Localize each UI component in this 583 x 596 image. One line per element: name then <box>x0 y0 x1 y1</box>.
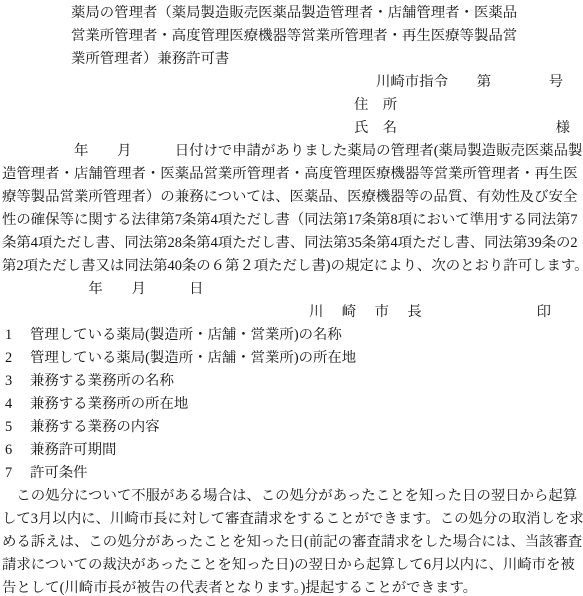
item-number: 1 <box>5 324 30 347</box>
mayor-signature-line: 川 崎 市 長 印 <box>309 301 551 324</box>
permit-item-row: 5 兼務する業務の内容 <box>2 416 583 439</box>
recipient-address-label: 住 所 <box>354 94 583 117</box>
item-number: 3 <box>5 370 30 393</box>
item-number: 4 <box>5 393 30 416</box>
recipient-name-line: 氏 名 様 <box>354 117 570 140</box>
permit-items-list: 1 管理している薬局(製造所・店舗・営業所)の名称 2 管理している薬局(製造所… <box>2 324 583 485</box>
mayor-title: 川 崎 市 長 <box>309 301 424 324</box>
item-label: 管理している薬局(製造所・店舗・営業所)の所在地 <box>30 347 583 370</box>
item-label: 兼務許可期間 <box>30 439 583 462</box>
permit-item-row: 2 管理している薬局(製造所・店舗・営業所)の所在地 <box>2 347 583 370</box>
permit-item-row: 3 兼務する業務所の名称 <box>2 370 583 393</box>
item-number: 5 <box>5 416 30 439</box>
permit-document-page: 薬局の管理者（薬局製造販売医薬品製造管理者・店舗管理者・医薬品 営業所管理者・高… <box>0 0 583 596</box>
permit-item-row: 7 許可条件 <box>2 462 583 485</box>
item-label: 管理している薬局(製造所・店舗・営業所)の名称 <box>30 324 583 347</box>
appeal-notice-paragraph: この処分について不服がある場合は、この処分があったことを知った日の翌日から起算 … <box>2 485 583 596</box>
item-label: 許可条件 <box>30 462 583 485</box>
item-label: 兼務する業務の内容 <box>30 416 583 439</box>
seal-mark: 印 <box>537 301 551 324</box>
item-number: 7 <box>5 462 30 485</box>
issue-date-line: 年 月 日 <box>2 278 583 301</box>
item-number: 2 <box>5 347 30 370</box>
item-label: 兼務する業務所の所在地 <box>30 393 583 416</box>
permit-item-row: 4 兼務する業務所の所在地 <box>2 393 583 416</box>
recipient-name-label: 氏 名 <box>354 117 397 140</box>
permit-body-paragraph: 年 月 日付けで申請がありました薬局の管理者(薬局製造販売医薬品製 造管理者・店… <box>2 140 583 278</box>
item-number: 6 <box>5 439 30 462</box>
permit-item-row: 1 管理している薬局(製造所・店舗・営業所)の名称 <box>2 324 583 347</box>
permit-item-row: 6 兼務許可期間 <box>2 439 583 462</box>
item-label: 兼務する業務所の名称 <box>30 370 583 393</box>
document-title: 薬局の管理者（薬局製造販売医薬品製造管理者・店舗管理者・医薬品 営業所管理者・高… <box>71 2 583 71</box>
recipient-honorific: 様 <box>556 117 570 140</box>
directive-number-line: 川崎市指令 第 号 <box>376 71 583 94</box>
